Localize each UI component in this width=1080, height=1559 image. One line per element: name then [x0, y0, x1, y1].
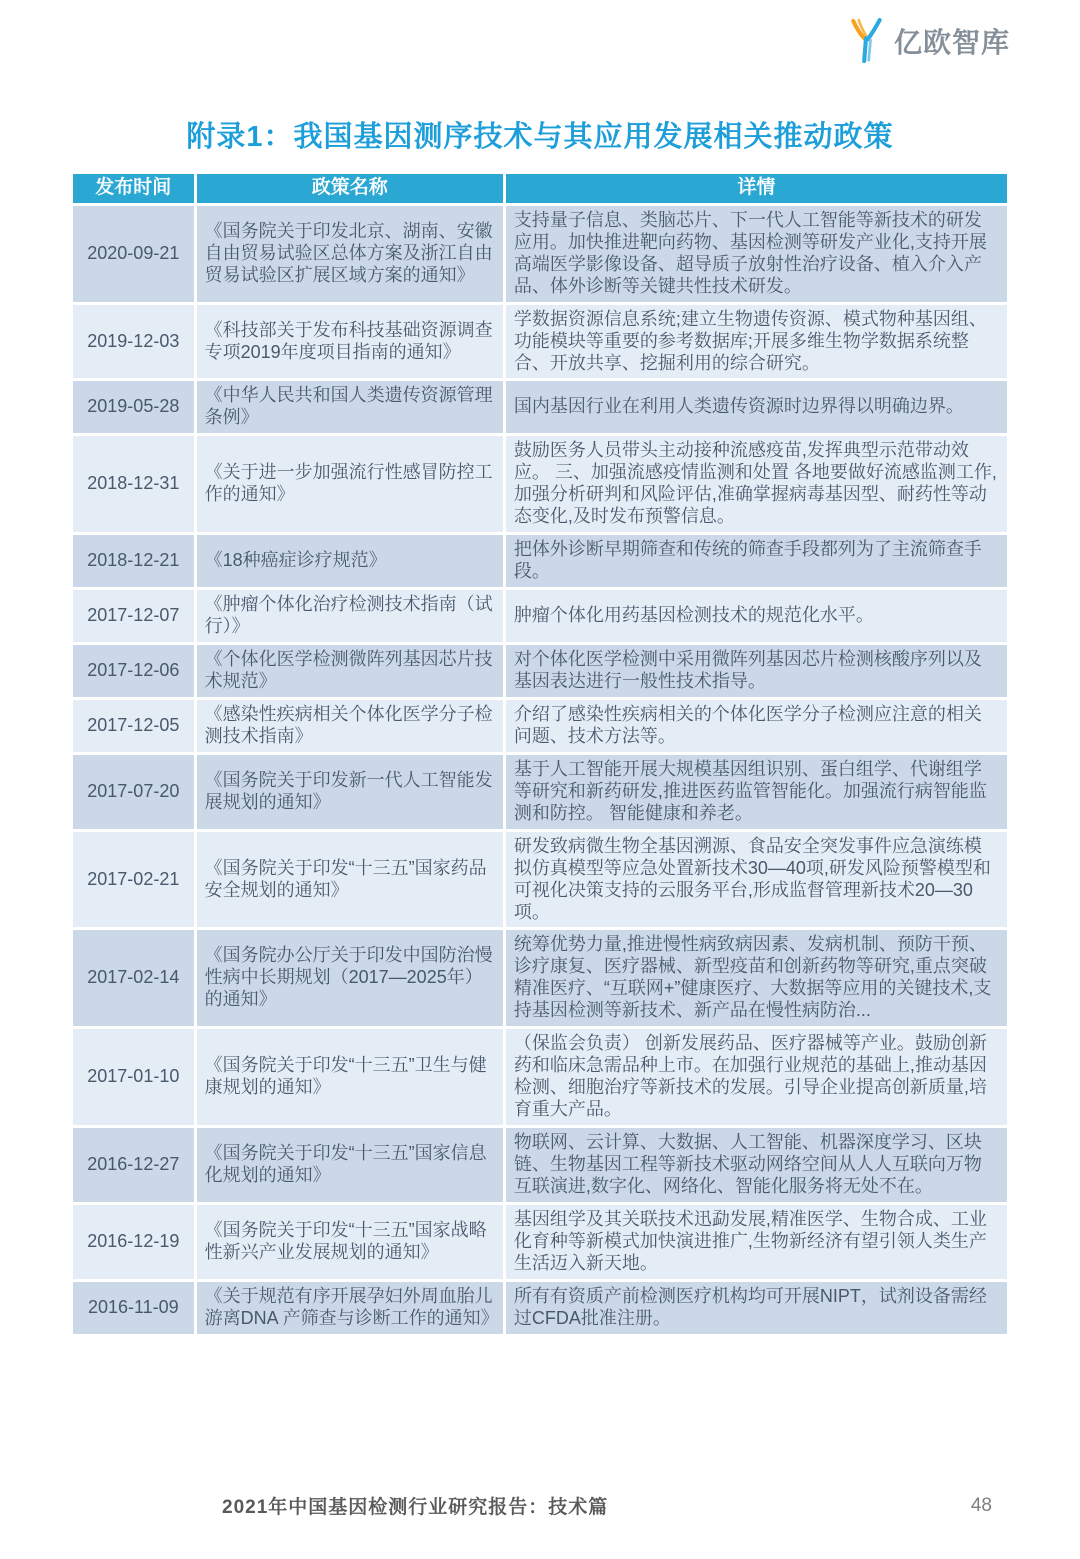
- table-row: 2016-12-19 《国务院关于印发“十三五”国家战略性新兴产业发展规划的通知…: [73, 1205, 1007, 1279]
- policy-detail-cell: 国内基因行业在利用人类遗传资源时边界得以明确边界。: [506, 381, 1007, 433]
- policy-date-cell: 2016-12-19: [73, 1205, 194, 1279]
- policy-date-cell: 2017-12-05: [73, 700, 194, 752]
- policy-date-cell: 2020-09-21: [73, 206, 194, 302]
- policy-detail-cell: 对个体化医学检测中采用微阵列基因芯片检测核酸序列以及基因表达进行一般性技术指导。: [506, 645, 1007, 697]
- policy-detail-cell: 所有有资质产前检测医疗机构均可开展NIPT，试剂设备需经过CFDA批准注册。: [506, 1282, 1007, 1334]
- eo-logo: 亿欧智库: [846, 18, 1010, 64]
- table-row: 2018-12-31 《关于进一步加强流行性感冒防控工作的通知》 鼓励医务人员带…: [73, 436, 1007, 532]
- page-title: 附录1：我国基因测序技术与其应用发展相关推动政策: [0, 114, 1080, 155]
- policy-name-cell: 《个体化医学检测微阵列基因芯片技术规范》: [197, 645, 503, 697]
- policy-detail-cell: 物联网、云计算、大数据、人工智能、机器深度学习、区块链、生物基因工程等新技术驱动…: [506, 1128, 1007, 1202]
- table-row: 2018-12-21 《18种癌症诊疗规范》 把体外诊断早期筛查和传统的筛查手段…: [73, 535, 1007, 587]
- table-row: 2017-12-05 《感染性疾病相关个体化医学分子检测技术指南》 介绍了感染性…: [73, 700, 1007, 752]
- policy-name-cell: 《肿瘤个体化治疗检测技术指南（试行）》: [197, 590, 503, 642]
- policy-name-cell: 《中华人民共和国人类遗传资源管理条例》: [197, 381, 503, 433]
- policy-detail-cell: 肿瘤个体化用药基因检测技术的规范化水平。: [506, 590, 1007, 642]
- table-row: 2017-02-14 《国务院办公厅关于印发中国防治慢性病中长期规划（2017—…: [73, 930, 1007, 1026]
- policy-detail-cell: 基于人工智能开展大规模基因组识别、蛋白组学、代谢组学等研究和新药研发,推进医药监…: [506, 755, 1007, 829]
- policy-date-cell: 2018-12-21: [73, 535, 194, 587]
- policy-name-cell: 《国务院关于印发北京、湖南、安徽自由贸易试验区总体方案及浙江自由贸易试验区扩展区…: [197, 206, 503, 302]
- policy-name-cell: 《关于规范有序开展孕妇外周血胎儿游离DNA 产筛查与诊断工作的通知》: [197, 1282, 503, 1334]
- policy-date-cell: 2016-11-09: [73, 1282, 194, 1334]
- table-row: 2017-07-20 《国务院关于印发新一代人工智能发展规划的通知》 基于人工智…: [73, 755, 1007, 829]
- footer: 2021年中国基因检测行业研究报告：技术篇 48: [0, 1492, 1080, 1519]
- policy-table: 发布时间 政策名称 详情 2020-09-21 《国务院关于印发北京、湖南、安徽…: [70, 171, 1010, 1337]
- policy-date-cell: 2017-12-06: [73, 645, 194, 697]
- policy-detail-cell: 基因组学及其关联技术迅勐发展,精准医学、生物合成、工业化育种等新模式加快演进推广…: [506, 1205, 1007, 1279]
- policy-date-cell: 2017-01-10: [73, 1029, 194, 1125]
- policy-date-cell: 2016-12-27: [73, 1128, 194, 1202]
- table-row: 2017-01-10 《国务院关于印发“十三五”卫生与健康规划的通知》 （保监会…: [73, 1029, 1007, 1125]
- policy-detail-cell: 统筹优势力量,推进慢性病致病因素、发病机制、预防干预、诊疗康复、医疗器械、新型疫…: [506, 930, 1007, 1026]
- table-header-row: 发布时间 政策名称 详情: [73, 174, 1007, 203]
- table-row: 2020-09-21 《国务院关于印发北京、湖南、安徽自由贸易试验区总体方案及浙…: [73, 206, 1007, 302]
- policy-name-cell: 《国务院关于印发“十三五”国家信息化规划的通知》: [197, 1128, 503, 1202]
- table-header-policy: 政策名称: [197, 174, 503, 203]
- page-number: 48: [971, 1495, 992, 1517]
- eo-logo-icon: [846, 18, 886, 64]
- policy-name-cell: 《国务院关于印发“十三五”国家药品安全规划的通知》: [197, 832, 503, 928]
- table-row: 2017-02-21 《国务院关于印发“十三五”国家药品安全规划的通知》 研发致…: [73, 832, 1007, 928]
- table-header-detail: 详情: [506, 174, 1007, 203]
- policy-name-cell: 《国务院关于印发新一代人工智能发展规划的通知》: [197, 755, 503, 829]
- policy-date-cell: 2018-12-31: [73, 436, 194, 532]
- policy-date-cell: 2019-12-03: [73, 305, 194, 379]
- policy-date-cell: 2017-12-07: [73, 590, 194, 642]
- table-row: 2016-11-09 《关于规范有序开展孕妇外周血胎儿游离DNA 产筛查与诊断工…: [73, 1282, 1007, 1334]
- table-header-date: 发布时间: [73, 174, 194, 203]
- policy-date-cell: 2017-07-20: [73, 755, 194, 829]
- table-row: 2019-05-28 《中华人民共和国人类遗传资源管理条例》 国内基因行业在利用…: [73, 381, 1007, 433]
- policy-detail-cell: 鼓励医务人员带头主动接种流感疫苗,发挥典型示范带动效应。 三、加强流感疫情监测和…: [506, 436, 1007, 532]
- header-bar: 亿欧智库: [0, 0, 1080, 52]
- eo-logo-text: 亿欧智库: [894, 21, 1010, 61]
- table-row: 2019-12-03 《科技部关于发布科技基础资源调查专项2019年度项目指南的…: [73, 305, 1007, 379]
- table-row: 2017-12-06 《个体化医学检测微阵列基因芯片技术规范》 对个体化医学检测…: [73, 645, 1007, 697]
- policy-table-body: 2020-09-21 《国务院关于印发北京、湖南、安徽自由贸易试验区总体方案及浙…: [73, 206, 1007, 1334]
- table-row: 2017-12-07 《肿瘤个体化治疗检测技术指南（试行）》 肿瘤个体化用药基因…: [73, 590, 1007, 642]
- report-page: { "logo": { "text": "亿欧智库" }, "title": "…: [0, 0, 1080, 1559]
- policy-name-cell: 《国务院办公厅关于印发中国防治慢性病中长期规划（2017—2025年）的通知》: [197, 930, 503, 1026]
- policy-detail-cell: 学数据资源信息系统;建立生物遗传资源、模式物种基因组、功能模块等重要的参考数据库…: [506, 305, 1007, 379]
- policy-name-cell: 《感染性疾病相关个体化医学分子检测技术指南》: [197, 700, 503, 752]
- policy-detail-cell: 研发致病微生物全基因溯源、食品安全突发事件应急演练模拟仿真模型等应急处置新技术3…: [506, 832, 1007, 928]
- policy-name-cell: 《关于进一步加强流行性感冒防控工作的通知》: [197, 436, 503, 532]
- policy-name-cell: 《18种癌症诊疗规范》: [197, 535, 503, 587]
- report-title: 2021年中国基因检测行业研究报告：技术篇: [222, 1492, 608, 1519]
- policy-date-cell: 2017-02-14: [73, 930, 194, 1026]
- policy-detail-cell: 把体外诊断早期筛查和传统的筛查手段都列为了主流筛查手段。: [506, 535, 1007, 587]
- policy-name-cell: 《国务院关于印发“十三五”国家战略性新兴产业发展规划的通知》: [197, 1205, 503, 1279]
- policy-detail-cell: 支持量子信息、类脑芯片、下一代人工智能等新技术的研发应用。加快推进靶向药物、基因…: [506, 206, 1007, 302]
- policy-detail-cell: 介绍了感染性疾病相关的个体化医学分子检测应注意的相关问题、技术方法等。: [506, 700, 1007, 752]
- policy-date-cell: 2017-02-21: [73, 832, 194, 928]
- policy-date-cell: 2019-05-28: [73, 381, 194, 433]
- policy-name-cell: 《科技部关于发布科技基础资源调查专项2019年度项目指南的通知》: [197, 305, 503, 379]
- table-row: 2016-12-27 《国务院关于印发“十三五”国家信息化规划的通知》 物联网、…: [73, 1128, 1007, 1202]
- policy-detail-cell: （保监会负责） 创新发展药品、医疗器械等产业。鼓励创新药和临床急需品种上市。在加…: [506, 1029, 1007, 1125]
- policy-name-cell: 《国务院关于印发“十三五”卫生与健康规划的通知》: [197, 1029, 503, 1125]
